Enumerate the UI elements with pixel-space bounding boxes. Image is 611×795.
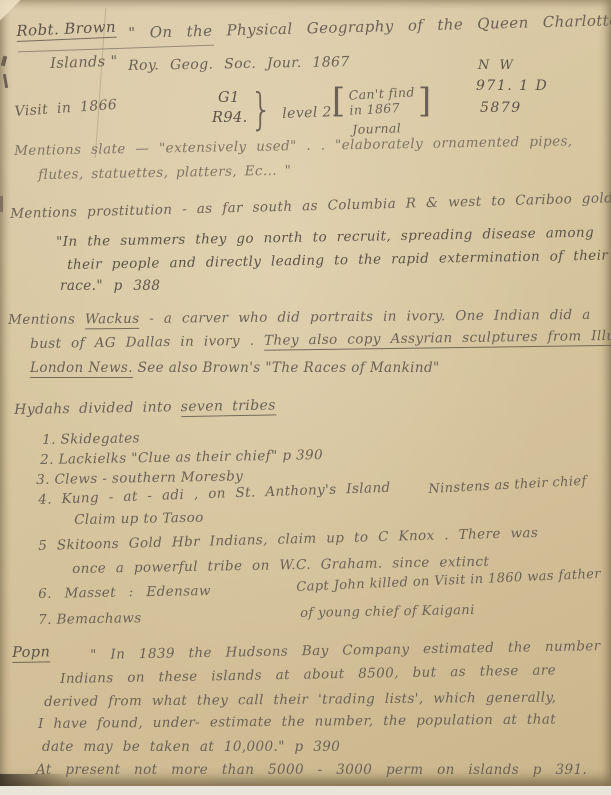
tribes-heading-prefix: Hydahs divided into [14,399,181,418]
shelfmark-g: G1 [218,90,240,106]
tribe-item-1: 1. Skidegates [42,430,140,448]
call-number-cutter: 5879 [480,100,522,116]
population-label: Popn [12,644,50,661]
population-line-1: " In 1839 the Hudsons Bay Company estima… [90,638,611,663]
carver-line2-plain: bust of AG Dallas in ivory . [30,333,264,352]
tribe-item-4-note: Ninstens as their chief [428,474,587,497]
cant-find-line-2: in 1867 [349,99,416,117]
slate-note-line-2: flutes, statuettes, platters, Ec... " [38,163,291,183]
scanned-note-page: { "colors": { "paper": "#d8c7a1", "ink":… [0,0,611,795]
tribe-item-7: 7. Bemachaws [38,610,142,628]
prostitution-note-line-1: Mentions prostitution - as far south as … [10,190,611,222]
carver-note-line-1: Mentions Wackus - a carver who did portr… [8,307,591,328]
tribe-item-2: 2. Lackielks "Clue as their chief" p 390 [40,447,323,468]
population-line-3: derived from what they call their 'tradi… [44,690,556,710]
quote-line-2: their people and directly leading to the… [67,248,608,273]
see-also-text: See also Brown's "The Races of Mankind" [133,360,440,376]
tribes-heading-underlined: seven tribes [181,397,276,417]
title-line-2-islands: Islands " [50,54,118,72]
carver-line2-underlined: They also copy Assyrian sculptures from … [264,328,611,351]
tribe-item-4-sub: Claim up to Tasoo [74,510,204,528]
paper-sheet: Robt. Brown " On the Physical Geography … [0,0,611,786]
carver-note-line-2: bust of AG Dallas in ivory . They also c… [30,328,611,352]
bracket-open-glyph: [ [332,84,346,118]
quote-line-3-page-ref: race." p 388 [60,278,160,294]
carver-prefix: Mentions [8,311,85,328]
margin-mark [0,196,3,212]
call-number-region: N W [478,58,516,73]
population-line-4: I have found, under- estimate the number… [38,711,556,732]
carver-rest: - a carver who did portraits in ivory. O… [139,307,590,327]
cant-find-note: [ Can't find in 1867 ] [332,84,432,118]
author-name: Robt. Brown [16,18,116,40]
bracket-close-glyph: ] [418,84,432,118]
population-line-5: date may be taken at 10,000." p 390 [42,739,340,755]
london-news-text: London News. [30,360,133,378]
population-line-2: Indians on these islands at about 8500, … [60,662,556,687]
author-name-text: Robt. Brown [16,18,116,42]
tribes-heading: Hydahs divided into seven tribes [14,397,276,418]
title-line-1: " On the Physical Geography of the Queen… [128,11,611,42]
tribe-item-6-note-2: of young chief of Kaigani [300,603,475,621]
shelfmark-r: R94. [212,110,248,126]
population-label-text: Popn [12,644,50,663]
tribe-item-6: 6. Masset : Edensaw [38,583,211,602]
visit-note: Visit in 1866 [14,97,118,120]
population-line-6: At present not more than 5000 - 3000 per… [36,762,587,778]
quote-line-1: "In the summers they go north to recruit… [56,225,594,250]
brace-glyph: } [250,84,273,135]
carver-note-line-3: London News. See also Brown's "The Races… [30,360,440,376]
cant-find-text: Can't find in 1867 [345,84,419,118]
level-note: level 2. [282,104,337,122]
corner-fold [0,0,96,96]
tribe-item-5: 5 Skitoons Gold Hbr Indians, claim up to… [38,525,538,554]
journal-citation: Roy. Geog. Soc. Jour. 1867 [128,54,350,74]
slate-note-line-1: Mentions slate — "extensively used" . . … [14,133,573,159]
call-number-class: 971. 1 D [476,78,548,94]
journal-word: Journal [352,120,401,137]
carver-name: Wackus [85,311,140,329]
